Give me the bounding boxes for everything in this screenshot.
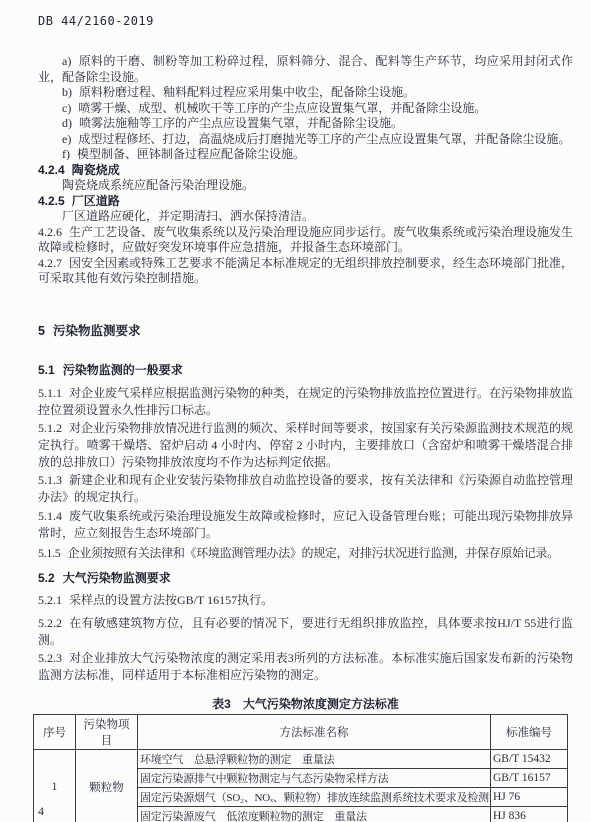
clause-4-2-7: 4.2.7因安全因素或特殊工艺要求不能满足本标准规定的无组织排放控制要求，经生态… [38,256,573,287]
clause-number: 4.2.4 [38,163,65,177]
section-number: 5 [38,324,45,338]
section-5-1-heading: 5.1污染物监测的一般要求 [38,362,573,379]
clause-text: 废气收集系统或污染治理设施发生故障或检修时，应记入设备管理台账；可能出现污染物排… [38,509,573,540]
cell-pollutant: 颗粒物 [76,749,138,822]
clause-4-2-4-heading: 4.2.4陶瓷烧成 [38,163,573,179]
clause-4-2-6: 4.2.6生产工艺设备、废气收集系统以及污染治理设施应同步运行。废气收集系统或污… [38,225,573,256]
page-number: 4 [38,805,44,818]
clause-title: 陶瓷烧成 [72,163,120,177]
clause-4-2-5-body: 厂区道路应硬化，并定期清扫、洒水保持清洁。 [38,209,573,225]
clause-4-2-5-heading: 4.2.5厂区道路 [38,194,573,210]
col-header-index: 序号 [34,714,76,749]
clause-number: 4.2.5 [38,194,65,208]
list-item-c: c)喷雾干燥、成型、机械吹干等工序的产尘点应设置集气罩，并配备除尘设施。 [38,101,573,117]
cell-code: HJ 836 [491,806,568,822]
clause-text: 新建企业和现有企业安装污染物排放自动监控设备的要求，按有关法律和《污染源自动监控… [38,473,573,504]
clause-number: 5.2.3 [38,651,62,665]
clause-5-1-4: 5.1.4废气收集系统或污染治理设施发生故障或检修时，应记入设备管理台账；可能出… [38,508,573,542]
section-title: 污染物监测要求 [53,324,141,338]
cell-method: 固定污染源烟气（SO₂、NOₓ、颗粒物）排放连续监测系统技术要求及检测方法 [138,787,491,806]
clause-5-1-1: 5.1.1对企业废气采样应根据监测污染物的种类，在规定的污染物排放监控位置进行。… [38,385,573,419]
list-item-label: a) [62,54,71,68]
section-number: 5.1 [38,363,55,377]
section-5-2-heading: 5.2大气污染物监测要求 [38,570,573,587]
clause-number: 5.1.3 [38,473,62,487]
clause-text: 对企业污染物排放情况进行监测的频次、采样时间等要求，按国家有关污染源监测技术规范… [38,421,573,469]
clause-number: 5.1.1 [38,386,62,400]
document-page: DB 44/2160-2019 a)原料的干磨、制粉等加工粉碎过程，原料筛分、混… [0,0,591,822]
col-header-pollutant: 污染物项目 [76,714,138,749]
list-item-text: 成型过程修坯、打边，高温烧成后打磨抛光等工序的产尘点应设置集气罩，并配备除尘设施… [78,132,570,146]
clause-4-2-4-body: 陶瓷烧成系统应配备污染治理设施。 [38,178,573,194]
section-4-body: a)原料的干磨、制粉等加工粉碎过程，原料筛分、混合、配料等生产环节，均应采用封闭… [38,54,573,287]
table3-methods-table: 序号 污染物项目 方法标准名称 标准编号 1 颗粒物 环境空气 总悬浮颗粒物的测… [33,714,568,822]
standard-code-header: DB 44/2160-2019 [38,14,573,29]
cell-method: 固定污染源废气 低浓度颗粒物的测定 重量法 [138,806,491,822]
clause-5-1-5: 5.1.5企业须按照有关法律和《环境监测管理办法》的规定，对排污状况进行监测，并… [38,545,573,562]
cell-code: GB/T 15432 [491,749,568,768]
clause-number: 5.1.4 [38,509,62,523]
clause-title: 厂区道路 [72,194,120,208]
cell-method: 固定污染源排气中颗粒物测定与气态污染物采样方法 [138,768,491,787]
section-title: 大气污染物监测要求 [63,571,171,585]
list-item-text: 喷雾干燥、成型、机械吹干等工序的产尘点应设置集气罩，并配备除尘设施。 [78,101,486,115]
cell-code: GB/T 16157 [491,768,568,787]
table-row: 1 颗粒物 环境空气 总悬浮颗粒物的测定 重量法 GB/T 15432 [34,749,568,768]
col-header-standard-code: 标准编号 [491,714,568,749]
section-5-body: 5污染物监测要求 5.1污染物监测的一般要求 5.1.1对企业废气采样应根据监测… [38,323,573,822]
list-item-text: 模型制备、匣钵制备过程应配备除尘设施。 [77,147,305,161]
list-item-text: 原料的干磨、制粉等加工粉碎过程，原料筛分、混合、配料等生产环节，均应采用封闭式作… [38,54,573,84]
clause-text: 在有敏感建筑物方位，且有必要的情况下，要进行无组织排放监控，具体要求按HJ/T … [38,616,573,647]
list-item-d: d)喷雾法施釉等工序的产尘点应设置集气罩，并配备除尘设施。 [38,116,573,132]
clause-text: 对企业废气采样应根据监测污染物的种类，在规定的污染物排放监控位置进行。在污染物排… [38,386,573,417]
table-header-row: 序号 污染物项目 方法标准名称 标准编号 [34,714,568,749]
clause-number: 4.2.7 [38,256,62,270]
clause-5-2-2: 5.2.2在有敏感建筑物方位，且有必要的情况下，要进行无组织排放监控，具体要求按… [38,615,573,649]
list-item-label: b) [62,85,72,99]
clause-text: 对企业排放大气污染物浓度的测定采用表3所列的方法标准。本标准实施后国家发布新的污… [38,651,573,682]
clause-number: 5.1.5 [38,546,61,560]
clause-5-1-2: 5.1.2对企业污染物排放情况进行监测的频次、采样时间等要求，按国家有关污染源监… [38,420,573,471]
clause-5-2-1: 5.2.1采样点的设置方法按GB/T 16157执行。 [38,592,573,609]
table3-title: 表3 大气污染物浓度测定方法标准 [38,696,573,713]
list-item-text: 喷雾法施釉等工序的产尘点应设置集气罩，并配备除尘设施。 [79,116,403,130]
section-5-heading: 5污染物监测要求 [38,323,573,340]
clause-number: 4.2.6 [38,225,62,239]
col-header-method-name: 方法标准名称 [138,714,491,749]
clause-text: 生产工艺设备、废气收集系统以及污染治理设施应同步运行。废气收集系统或污染治理设施… [38,225,573,255]
cell-code: HJ 76 [491,787,568,806]
clause-text: 企业须按照有关法律和《环境监测管理办法》的规定，对排污状况进行监测，并保存原始记… [68,546,559,560]
clause-number: 5.2.1 [38,593,62,607]
list-item-label: e) [62,132,71,146]
section-title: 污染物监测的一般要求 [63,363,183,377]
clause-text: 因安全因素或特殊工艺要求不能满足本标准规定的无组织排放控制要求，经生态环境部门批… [38,256,573,286]
clause-5-2-3: 5.2.3对企业排放大气污染物浓度的测定采用表3所列的方法标准。本标准实施后国家… [38,650,573,684]
list-item-label: d) [62,116,72,130]
list-item-f: f)模型制备、匣钵制备过程应配备除尘设施。 [38,147,573,163]
clause-5-1-3: 5.1.3新建企业和现有企业安装污染物排放自动监控设备的要求，按有关法律和《污染… [38,472,573,506]
list-item-b: b)原料粉磨过程、釉料配料过程应采用集中收尘，配备除尘设施。 [38,85,573,101]
clause-number: 5.1.2 [38,421,62,435]
list-item-a: a)原料的干磨、制粉等加工粉碎过程，原料筛分、混合、配料等生产环节，均应采用封闭… [38,54,573,85]
section-number: 5.2 [38,571,55,585]
list-item-text: 原料粉磨过程、釉料配料过程应采用集中收尘，配备除尘设施。 [79,85,415,99]
cell-method: 环境空气 总悬浮颗粒物的测定 重量法 [138,749,491,768]
clause-text: 采样点的设置方法按GB/T 16157执行。 [69,593,273,607]
list-item-label: c) [62,101,71,115]
clause-number: 5.2.2 [38,616,62,630]
list-item-label: f) [62,147,70,161]
list-item-e: e)成型过程修坯、打边，高温烧成后打磨抛光等工序的产尘点应设置集气罩，并配备除尘… [38,132,573,148]
